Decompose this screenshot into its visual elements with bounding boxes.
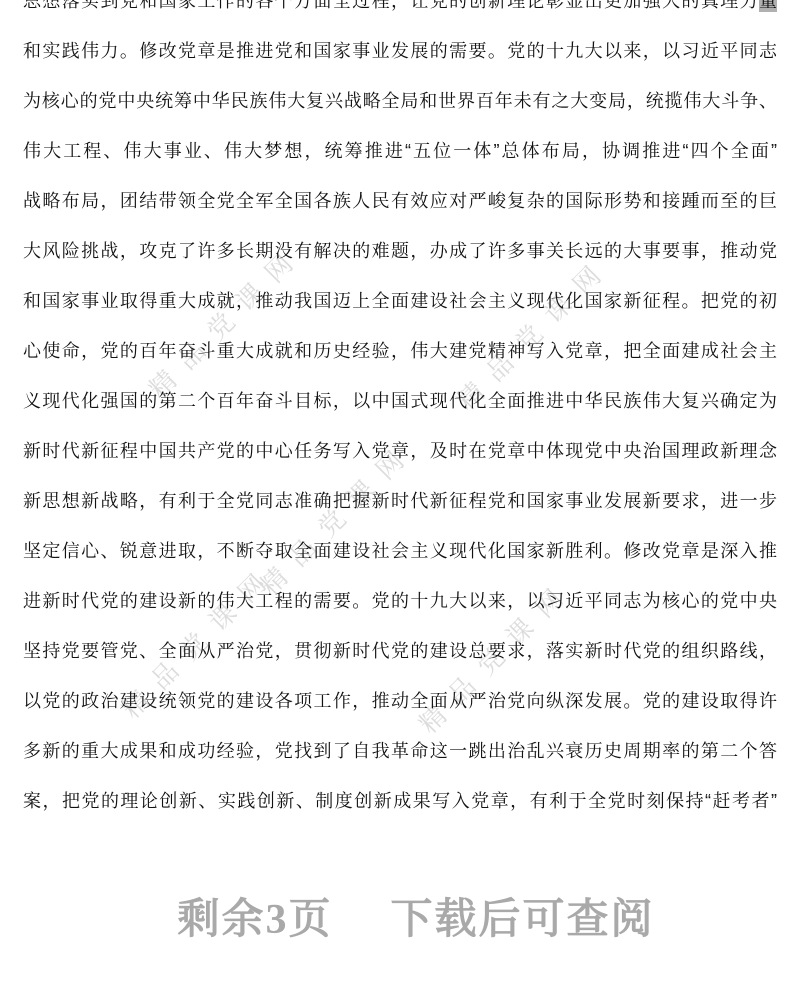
document-page: 精品党课网精品党课网精品党课网精品党课网精品党课网 思想落实到党和国家工作的各个… — [0, 0, 800, 1000]
text-line: 为核心的党中央统筹中华民族伟大复兴战略全局和世界百年未有之大变局，统揽伟大斗争、 — [23, 76, 777, 126]
text-line: 新思想新战略，有利于全党同志准确把握新时代新征程党和国家事业发展新要求，进一步 — [23, 476, 777, 526]
text-line: 坚持党要管党、全面从严治党，贯彻新时代党的建设总要求，落实新时代党的组织路线， — [23, 626, 777, 676]
text-line: 以党的政治建设统领党的建设各项工作，推动全面从严治党向纵深发展。党的建设取得许 — [23, 676, 777, 726]
document-text: 思想落实到党和国家工作的各个方面全过程，让党的创新理论彰显出更加强大的真理力量和… — [23, 0, 777, 826]
text-line: 伟大工程、伟大事业、伟大梦想，统筹推进“五位一体”总体布局，协调推进“四个全面” — [23, 126, 777, 176]
text-line: 新时代新征程中国共产党的中心任务写入党章，及时在党章中体现党中央治国理政新理念 — [23, 426, 777, 476]
text-line: 心使命，党的百年奋斗重大成就和历史经验，伟大建党精神写入党章，把全面建成社会主 — [23, 326, 777, 376]
text-line: 多新的重大成果和成功经验，党找到了自我革命这一跳出治乱兴衰历史周期率的第二个答 — [23, 726, 777, 776]
text-line: 思想落实到党和国家工作的各个方面全过程，让党的创新理论彰显出更加强大的真理力量 — [23, 0, 777, 26]
selected-character: 量 — [759, 0, 777, 12]
text-line: 坚定信心、锐意进取，不断夺取全面建设社会主义现代化国家新胜利。修改党章是深入推 — [23, 526, 777, 576]
text-line: 大风险挑战，攻克了许多长期没有解决的难题，办成了许多事关长远的大事要事，推动党 — [23, 226, 777, 276]
text-line: 案，把党的理论创新、实践创新、制度创新成果写入党章，有利于全党时刻保持“赶考者” — [23, 776, 777, 826]
remaining-pages-label: 剩余3页 — [177, 897, 332, 943]
pagination-notice: 剩余3页下载后可查阅 — [0, 894, 800, 946]
text-line: 战略布局，团结带领全党全军全国各族人民有效应对严峻复杂的国际形势和接踵而至的巨 — [23, 176, 777, 226]
text-line: 义现代化强国的第二个百年奋斗目标，以中国式现代化全面推进中华民族伟大复兴确定为 — [23, 376, 777, 426]
text-line-content: 思想落实到党和国家工作的各个方面全过程，让党的创新理论彰显出更加强大的真理力 — [23, 0, 759, 11]
text-line: 和实践伟力。修改党章是推进党和国家事业发展的需要。党的十九大以来，以习近平同志 — [23, 26, 777, 76]
text-line: 和国家事业取得重大成就，推动我国迈上全面建设社会主义现代化国家新征程。把党的初 — [23, 276, 777, 326]
text-line: 进新时代党的建设新的伟大工程的需要。党的十九大以来，以习近平同志为核心的党中央 — [23, 576, 777, 626]
download-hint-label: 下载后可查阅 — [391, 897, 655, 943]
